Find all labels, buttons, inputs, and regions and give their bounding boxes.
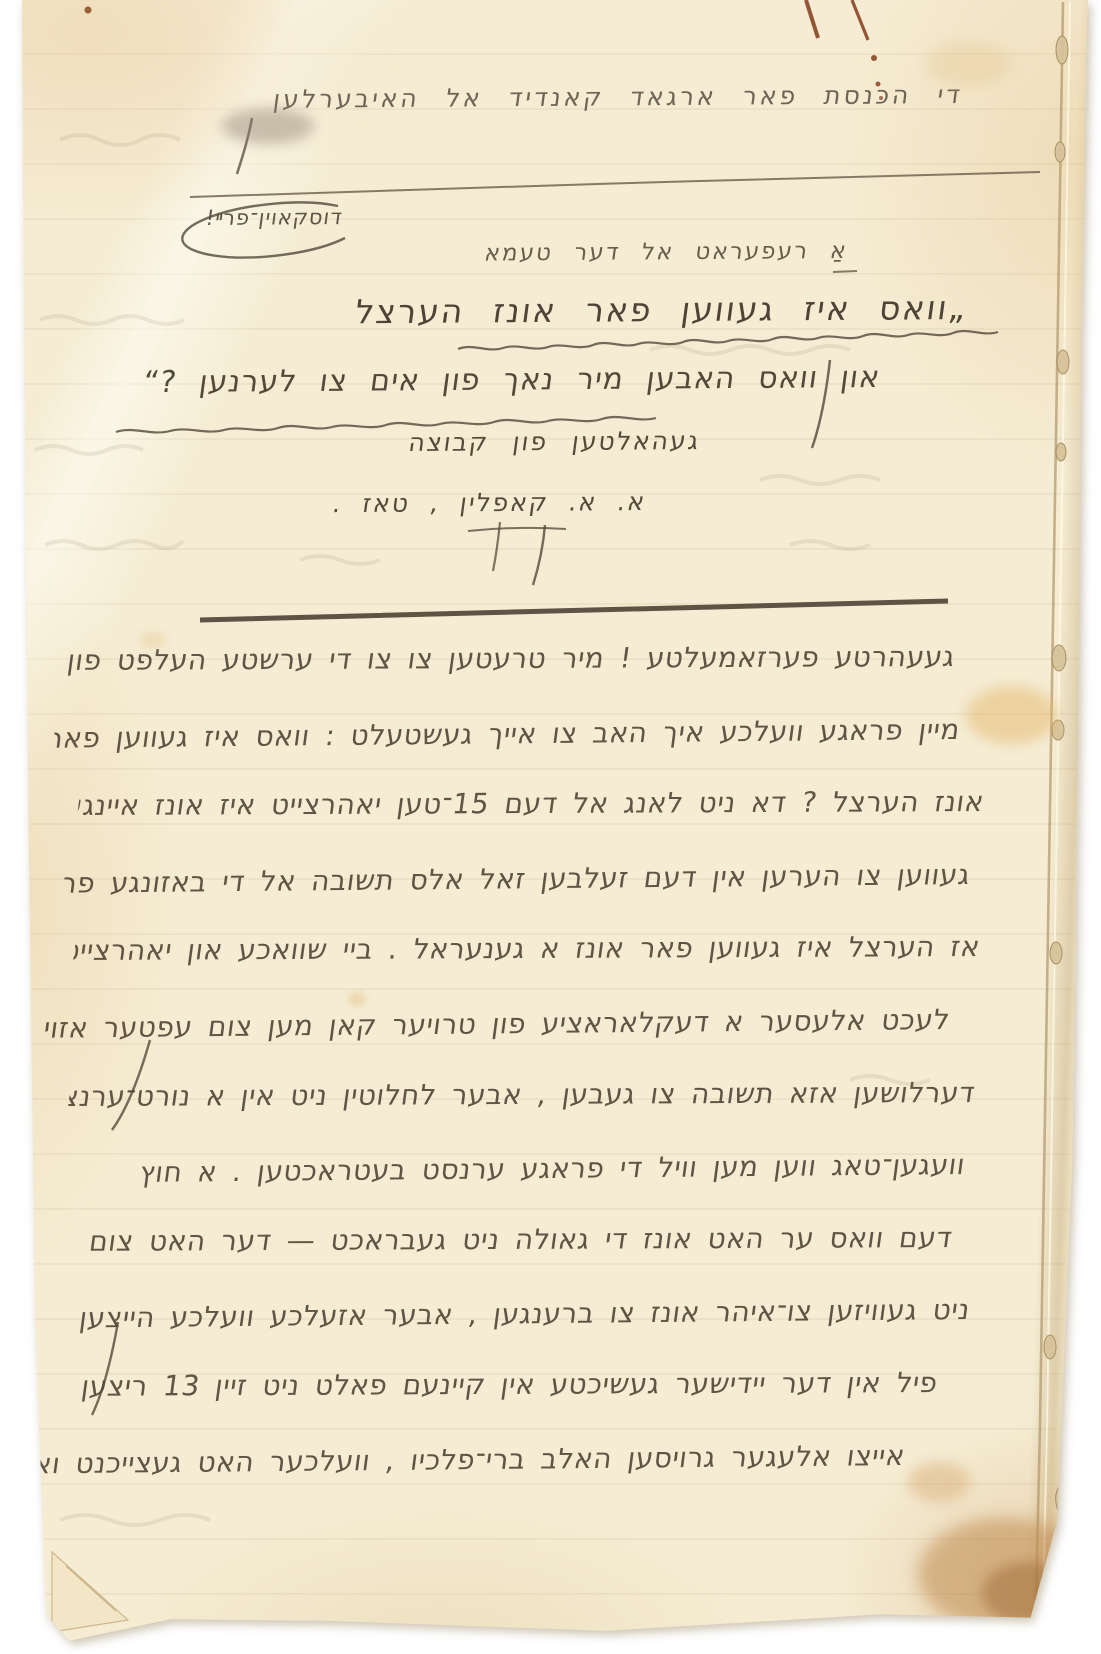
title-line-1: „וואס איז געווען פאר אונז הערצל: [353, 288, 971, 331]
manuscript-line: ניט געוויזען צו־איהר אונז צו ברענגען , א…: [62, 1293, 973, 1335]
edge-stain-right: [966, 686, 1058, 744]
paper-shadow: די הכנסת פאר ארגאד קאנדיד אל האיבערלען ד…: [0, 0, 1101, 1654]
manuscript-line: דעם וואס ער האט אונז די גאולה ניט געבראכ…: [87, 1221, 954, 1258]
manuscript-page: די הכנסת פאר ארגאד קאנדיד אל האיבערלען ד…: [0, 0, 1101, 1654]
manuscript-line: וועגען־טאג ווען מען וויל די פראגע ערנסט …: [138, 1148, 968, 1189]
corner-stain-dark: [982, 1562, 1074, 1624]
corner-stain-large: [918, 1518, 1090, 1630]
scanner-background: די הכנסת פאר ארגאד קאנדיד אל האיבערלען ד…: [0, 0, 1101, 1654]
stitching-threads: [1037, 36, 1095, 1597]
byline-name: א. א. קאפלין , טאז .: [331, 487, 648, 518]
manuscript-line: געעהרטע פערזאמעלטע ! מיר טרעטען צו צו די…: [65, 640, 957, 677]
spine-fold: [1036, 2, 1070, 1600]
section-divider-rule: [200, 601, 948, 620]
header-note: די הכנסת פאר ארגאד קאנדיד אל האיבערלען: [272, 80, 965, 114]
header-rule: [190, 172, 1040, 197]
manuscript-line: פיל אין דער יידישער געשיכטע אין קיינעם פ…: [80, 1366, 941, 1403]
foxing-spot: [348, 992, 366, 1006]
subtitle: אַ רעפעראט אל דער טעמא: [483, 238, 850, 267]
dog-ear-fold: [52, 1552, 128, 1632]
subtitle-vowel-mark: [833, 271, 857, 272]
byline-speaker: געהאלטען פון קבוצה: [407, 426, 702, 457]
byline-underline: [468, 528, 566, 531]
manuscript-line: געווען צו הערען אין דעם זעלבען זאל אלס ת…: [62, 858, 973, 900]
pen-flourish: [533, 525, 545, 585]
title1-underline: [458, 331, 998, 349]
manuscript-line: דערלושען אזא תשובה צו געבען , אבער לחלוט…: [67, 1076, 977, 1113]
circled-note: דוסקאוין־פרײ!: [204, 205, 344, 230]
title-line-2: און וואס האבען מיר נאך פון אים צו לערנען…: [141, 360, 883, 400]
pen-flourish: [493, 522, 500, 571]
manuscript-line: לעכט אלעסער א דעקלאראציע פון טרויער קאן …: [42, 1003, 952, 1045]
manuscript-line: אז הערצל איז געווען פאר אונז א גענעראל .…: [72, 930, 982, 967]
foxing-spot: [908, 1462, 970, 1502]
manuscript-line: אייצו אלעגער גרויסען האלב ברי־פלכיו , וו…: [0, 1439, 907, 1481]
pen-flourish: [237, 118, 252, 174]
manuscript-line: אונז הערצל ? דא ניט לאנג אל דעם 15־טען י…: [76, 785, 986, 822]
manuscript-line: מיין פראגע וועלכע איך האב צו אייך געשטעל…: [52, 713, 963, 755]
